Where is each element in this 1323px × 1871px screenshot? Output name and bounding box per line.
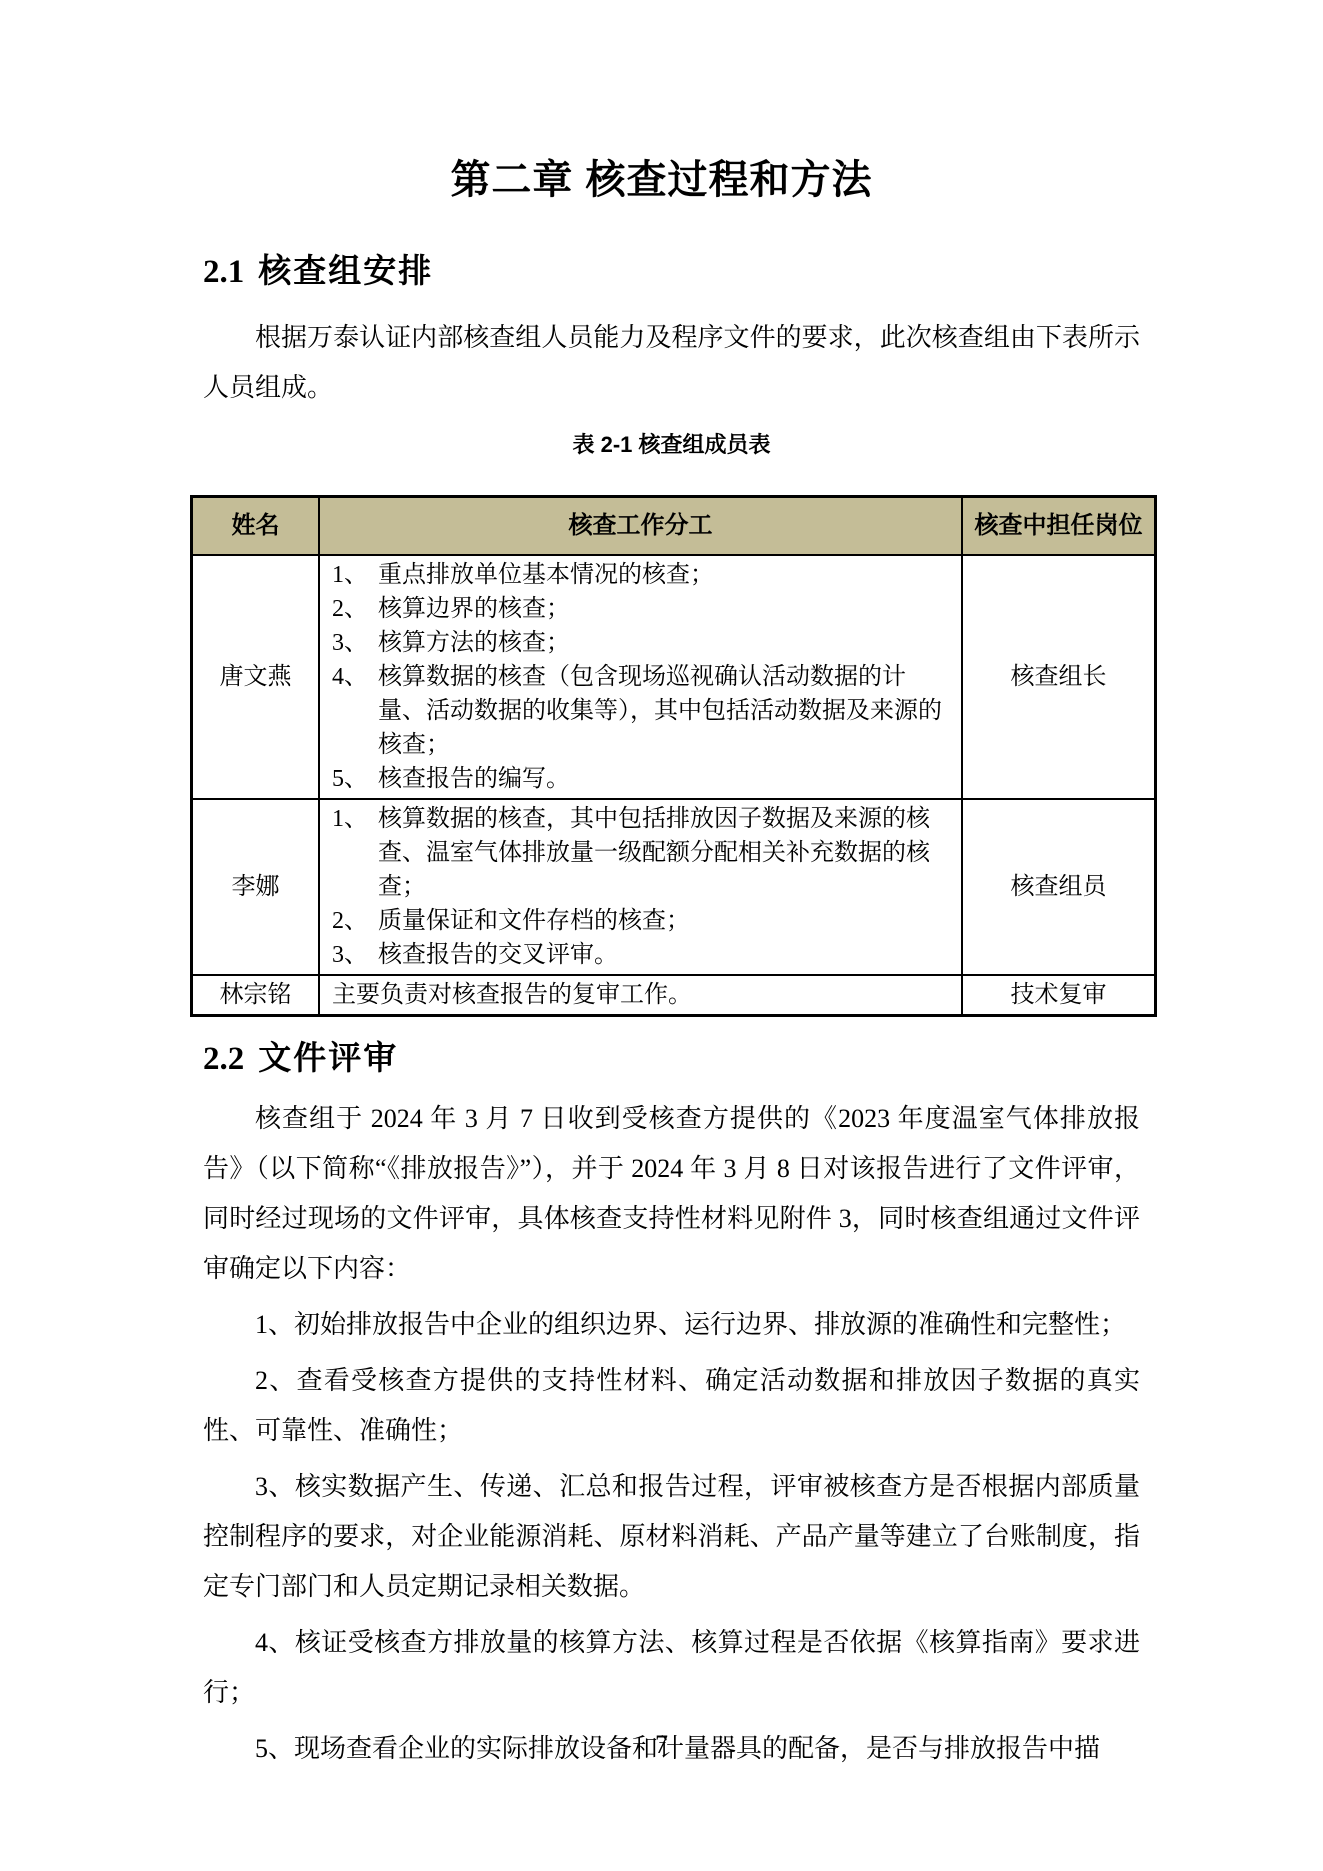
section-title: 文件评审	[258, 1039, 398, 1076]
duty-text: 核查报告的编写。	[378, 766, 570, 792]
duty-number: 5、	[332, 762, 378, 796]
document-page: 第二章 核查过程和方法 2.1核查组安排 根据万泰认证内部核查组人员能力及程序文…	[0, 0, 1323, 1871]
section-2-2-paragraphs: 核查组于 2024 年 3 月 7 日收到受核查方提供的《2023 年度温室气体…	[203, 1094, 1140, 1774]
duty-item: 3、核查报告的交叉评审。	[332, 938, 953, 972]
paragraph: 1、初始排放报告中企业的组织边界、运行边界、排放源的准确性和完整性；	[203, 1300, 1140, 1350]
duty-number: 1、	[332, 558, 378, 592]
table-row-lina: 李娜 1、核算数据的核查，其中包括排放因子数据及来源的核查、温室气体排放量一级配…	[192, 799, 1156, 975]
header-cell-name: 姓名	[192, 497, 320, 556]
chapter-title: 第二章 核查过程和方法	[0, 0, 1323, 202]
header-cell-role: 核查中担任岗位	[962, 497, 1156, 556]
duty-text: 核算数据的核查（包含现场巡视确认活动数据的计量、活动数据的收集等），其中包括活动…	[378, 664, 942, 758]
member-name: 唐文燕	[192, 555, 320, 799]
member-name: 李娜	[192, 799, 320, 975]
paragraph: 3、核实数据产生、传递、汇总和报告过程，评审被核查方是否根据内部质量控制程序的要…	[203, 1462, 1140, 1612]
section-heading-2-2: 2.2文件评审	[203, 1039, 1140, 1078]
duty-text: 核算边界的核查；	[378, 596, 570, 622]
duty-number: 3、	[332, 938, 378, 972]
paragraph: 核查组于 2024 年 3 月 7 日收到受核查方提供的《2023 年度温室气体…	[203, 1094, 1140, 1294]
duty-item: 5、核查报告的编写。	[332, 762, 953, 796]
member-duties: 1、重点排放单位基本情况的核查； 2、核算边界的核查； 3、核算方法的核查； 4…	[319, 555, 962, 799]
member-duties: 1、核算数据的核查，其中包括排放因子数据及来源的核查、温室气体排放量一级配额分配…	[319, 799, 962, 975]
paragraph: 4、核证受核查方排放量的核算方法、核算过程是否依据《核算指南》要求进行；	[203, 1618, 1140, 1718]
section-2-1-paragraph: 根据万泰认证内部核查组人员能力及程序文件的要求，此次核查组由下表所示人员组成。	[203, 313, 1140, 413]
duty-text: 核查报告的交叉评审。	[378, 942, 618, 968]
member-role: 技术复审	[962, 975, 1156, 1016]
duty-text: 主要负责对核查报告的复审工作。	[332, 982, 692, 1008]
duty-number: 1、	[332, 802, 378, 836]
duty-text: 核算方法的核查；	[378, 630, 570, 656]
member-role: 核查组员	[962, 799, 1156, 975]
table-body: 唐文燕 1、重点排放单位基本情况的核查； 2、核算边界的核查； 3、核算方法的核…	[192, 555, 1156, 1016]
member-duties: 主要负责对核查报告的复审工作。	[319, 975, 962, 1016]
table-head: 姓名 核查工作分工 核查中担任岗位	[192, 497, 1156, 556]
page-content: 2.1核查组安排 根据万泰认证内部核查组人员能力及程序文件的要求，此次核查组由下…	[203, 252, 1140, 1774]
duty-item: 1、重点排放单位基本情况的核查；	[332, 558, 953, 592]
duty-item: 3、核算方法的核查；	[332, 626, 953, 660]
section-number: 2.1	[203, 254, 244, 290]
table-header-row: 姓名 核查工作分工 核查中担任岗位	[192, 497, 1156, 556]
duty-item: 4、核算数据的核查（包含现场巡视确认活动数据的计量、活动数据的收集等），其中包括…	[332, 660, 953, 762]
section-title: 核查组安排	[258, 252, 433, 289]
header-cell-duty: 核查工作分工	[319, 497, 962, 556]
duty-text: 重点排放单位基本情况的核查；	[378, 562, 714, 588]
section-heading-2-1: 2.1核查组安排	[203, 252, 1140, 291]
member-role: 核查组长	[962, 555, 1156, 799]
duty-item: 主要负责对核查报告的复审工作。	[332, 978, 953, 1012]
members-table: 姓名 核查工作分工 核查中担任岗位 唐文燕 1、重点排放单位基本情况的核查； 2…	[190, 495, 1157, 1017]
duty-number: 3、	[332, 626, 378, 660]
duty-item: 2、质量保证和文件存档的核查；	[332, 904, 953, 938]
table-row-linzongming: 林宗铭 主要负责对核查报告的复审工作。 技术复审	[192, 975, 1156, 1016]
duty-number: 2、	[332, 592, 378, 626]
duty-text: 核算数据的核查，其中包括排放因子数据及来源的核查、温室气体排放量一级配额分配相关…	[378, 806, 930, 900]
page-number: 7	[0, 1728, 1323, 1762]
duty-text: 质量保证和文件存档的核查；	[378, 908, 690, 934]
duty-number: 2、	[332, 904, 378, 938]
table-row-tangwenyan: 唐文燕 1、重点排放单位基本情况的核查； 2、核算边界的核查； 3、核算方法的核…	[192, 555, 1156, 799]
member-name: 林宗铭	[192, 975, 320, 1016]
duty-item: 1、核算数据的核查，其中包括排放因子数据及来源的核查、温室气体排放量一级配额分配…	[332, 802, 953, 904]
duty-number: 4、	[332, 660, 378, 694]
paragraph: 2、查看受核查方提供的支持性材料、确定活动数据和排放因子数据的真实性、可靠性、准…	[203, 1356, 1140, 1456]
section-number: 2.2	[203, 1041, 244, 1077]
duty-item: 2、核算边界的核查；	[332, 592, 953, 626]
table-caption: 表 2-1 核查组成员表	[203, 431, 1140, 459]
